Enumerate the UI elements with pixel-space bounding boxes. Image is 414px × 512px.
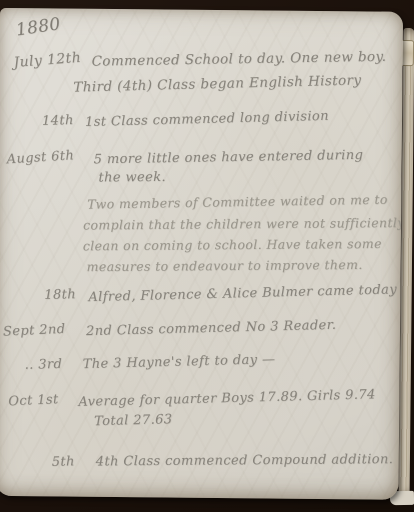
journal-line: Third (4th) Class began English History bbox=[73, 72, 361, 95]
entry-date: Oct 1st bbox=[8, 392, 59, 409]
journal-line: complain that the children were not suff… bbox=[83, 215, 403, 233]
journal-line: Alfred, Florence & Alice Bulmer came tod… bbox=[88, 282, 397, 305]
journal-line: Two members of Committee waited on me to bbox=[87, 192, 388, 212]
entry-date: July 12th bbox=[13, 50, 82, 71]
entry-date: Sept 2nd bbox=[3, 322, 66, 340]
entry-date: Augst 6th bbox=[6, 148, 74, 167]
journal-line: Commenced School to day. One new boy. bbox=[92, 49, 387, 70]
journal-line: Total 27.63 bbox=[94, 412, 173, 429]
entry-date: 5th bbox=[52, 454, 75, 470]
journal-line: clean on coming to school. Have taken so… bbox=[83, 236, 382, 253]
photo-backdrop: 1880 July 12th Commenced School to day. … bbox=[0, 0, 414, 512]
journal-line: 5 more little ones have entered during bbox=[94, 148, 364, 167]
journal-line: 2nd Class commenced No 3 Reader. bbox=[86, 318, 337, 339]
logbook-page: 1880 July 12th Commenced School to day. … bbox=[0, 8, 403, 500]
journal-line: Average for quarter Boys 17.89. Girls 9.… bbox=[78, 387, 376, 410]
entry-date: 14th bbox=[42, 113, 74, 129]
journal-line: 1st Class commenced long division bbox=[85, 109, 329, 130]
entry-date: .. 3rd bbox=[24, 357, 62, 373]
journal-line: The 3 Hayne's left to day — bbox=[83, 352, 276, 372]
entry-date: 18th bbox=[44, 287, 76, 303]
journal-line: the week. bbox=[98, 170, 166, 186]
journal-line: 4th Class commenced Compound addition. bbox=[96, 452, 394, 469]
journal-line: measures to endeavour to improve them. bbox=[87, 257, 363, 274]
journal-year: 1880 bbox=[15, 14, 62, 40]
